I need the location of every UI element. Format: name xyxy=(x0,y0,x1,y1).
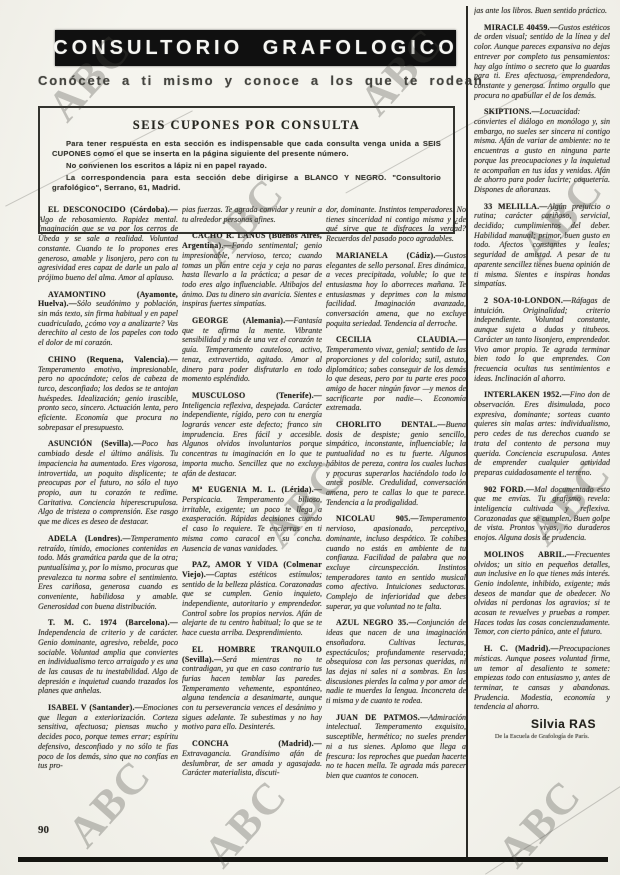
column-divider-rule xyxy=(466,6,468,857)
entry-name: T. M. C. 1974 (Barcelona).— xyxy=(48,618,178,627)
section-subtitle: Conócete a ti mismo y conoce a los que t… xyxy=(38,73,462,88)
coupon-paragraph: La correspondencia para esta sección deb… xyxy=(52,173,441,193)
page-number: 90 xyxy=(38,824,49,836)
entry-name: ASUNCIÓN (Sevilla).— xyxy=(48,439,142,448)
entry-name: CACHO R. LANUS (Buenos Aires, Argentina)… xyxy=(182,231,322,250)
consultation-entry: 2 SOA-10-LONDON.—Ráfagas de intuición. O… xyxy=(474,296,610,383)
entry-name: CONCHA (Madrid).— xyxy=(192,739,322,748)
consultation-entry: CECILIA CLAUDIA.—Temperamento vivaz, gen… xyxy=(326,335,466,413)
entry-name: SKIPTIONS.— xyxy=(484,107,540,116)
consultation-entry: CHORLITO DENTAL.—Buena dosis de despiste… xyxy=(326,420,466,507)
entry-name: 2 SOA-10-LONDON.— xyxy=(484,296,571,305)
entry-name: MARIANELA (Cádiz).— xyxy=(336,251,444,260)
entry-name: INTERLAKEN 1952.— xyxy=(484,390,570,399)
text-column-4: jas ante los libros. Buen sentido prácti… xyxy=(474,6,610,791)
bottom-rule xyxy=(18,857,608,862)
consultation-entry: H. C. (Madrid).—Preocupaciones místicas.… xyxy=(474,644,610,712)
signature-affiliation: De la Escuela de Grafología de París. xyxy=(492,733,592,741)
consultation-entry: ADELA (Londres).—Temperamento retraído, … xyxy=(38,534,178,612)
signature-block: Silvia RASDe la Escuela de Grafología de… xyxy=(474,720,610,740)
consultation-entry: T. M. C. 1974 (Barcelona).—Independencia… xyxy=(38,618,178,696)
entry-name: AYAMONTINO (Ayamonte, Huelva).— xyxy=(38,290,178,309)
consultation-entry: Mª EUGENIA M. L. (Lérida).—Perspicacia. … xyxy=(182,485,322,553)
text-column-3: dor, dominante. Instintos temperadores. … xyxy=(326,205,466,860)
consultation-entry: ISABEL V (Santander).—Emociones que lleg… xyxy=(38,703,178,771)
entry-name: JUAN DE PATMOS.— xyxy=(336,713,428,722)
entry-name: CECILIA CLAUDIA.— xyxy=(336,335,466,344)
consultation-entry: EL HOMBRE TRANQUILO (Sevilla).—Será mien… xyxy=(182,645,322,732)
entry-name: 902 FORD.— xyxy=(484,485,534,494)
consultation-entry: SKIPTIONS.—Locuacidad: conviertes el diá… xyxy=(474,107,610,194)
scanned-magazine-page: CONSULTORIO GRAFOLOGICO Conócete a ti mi… xyxy=(0,0,620,875)
consultation-entry: EL DESCONOCIDO (Córdoba).—Algo de rebosa… xyxy=(38,205,178,283)
signature-name: Silvia RAS xyxy=(474,720,610,730)
coupon-paragraph: Para tener respuesta en esta sección es … xyxy=(52,139,441,159)
consultation-entry: MUSCULOSO (Tenerife).—Inteligencia refle… xyxy=(182,391,322,478)
entry-name: NICOLAU 905.— xyxy=(336,514,419,523)
entry-name: PAZ, AMOR Y VIDA (Colmenar Viejo).— xyxy=(182,560,322,579)
entry-name: GEORGE (Alemania).— xyxy=(192,316,294,325)
coupon-heading: SEIS CUPONES POR CONSULTA xyxy=(52,118,441,133)
consultation-entry: CHINO (Requena, Valencia).—Temperamento … xyxy=(38,355,178,433)
consultation-entry: JUAN DE PATMOS.—Admiración intelectual. … xyxy=(326,713,466,781)
entry-continuation: dor, dominante. Instintos temperadores. … xyxy=(326,205,466,244)
entry-name: H. C. (Madrid).— xyxy=(484,644,559,653)
entry-name: AZUL NEGRO 35.— xyxy=(336,618,417,627)
consultation-entry: GEORGE (Alemania).—Fantasía que te afirm… xyxy=(182,316,322,384)
consultation-entry: PAZ, AMOR Y VIDA (Colmenar Viejo).—Capta… xyxy=(182,560,322,638)
entry-name: EL HOMBRE TRANQUILO (Sevilla).— xyxy=(182,645,322,664)
entry-name: MOLINOS ABRIL.— xyxy=(484,550,575,559)
entry-name: EL DESCONOCIDO (Córdoba).— xyxy=(48,205,178,214)
entry-name: ADELA (Londres).— xyxy=(48,534,131,543)
section-title: CONSULTORIO GRAFOLOGICO xyxy=(53,37,458,60)
entry-name: CHINO (Requena, Valencia).— xyxy=(48,355,178,364)
entry-continuation: pias fuerzas. Te agrada convidar y reuni… xyxy=(182,205,322,224)
entry-name: 33 MELILLA.— xyxy=(484,202,548,211)
entry-name: MIRACLE 40459.— xyxy=(484,23,558,32)
consultation-entry: CACHO R. LANUS (Buenos Aires, Argentina)… xyxy=(182,231,322,309)
coupon-paragraph: No convienen los escritos a lápiz ni en … xyxy=(52,161,441,171)
entry-continuation: jas ante los libros. Buen sentido prácti… xyxy=(474,6,610,16)
consultation-entry: 902 FORD.—Mal documentado esto que me en… xyxy=(474,485,610,543)
consultation-entry: 33 MELILLA.—Algún prejuicio o rutina; ca… xyxy=(474,202,610,289)
consultation-entry: AYAMONTINO (Ayamonte, Huelva).—Sólo seud… xyxy=(38,290,178,348)
consultation-entry: NICOLAU 905.—Temperamento nervioso, apas… xyxy=(326,514,466,611)
consultation-entry: CONCHA (Madrid).—Extravagancia. Grandísi… xyxy=(182,739,322,778)
coupon-paragraphs: Para tener respuesta en esta sección es … xyxy=(52,139,441,193)
entry-name: Mª EUGENIA M. L. (Lérida).— xyxy=(192,485,322,494)
text-column-2: pias fuerzas. Te agrada convidar y reuni… xyxy=(182,205,322,860)
section-title-banner: CONSULTORIO GRAFOLOGICO xyxy=(55,30,456,66)
entry-name: ISABEL V (Santander).— xyxy=(48,703,143,712)
consultation-entry: ASUNCIÓN (Sevilla).—Poco has cambiado de… xyxy=(38,439,178,526)
consultation-entry: MARIANELA (Cádiz).—Gustos elegantes de s… xyxy=(326,251,466,329)
text-column-1: EL DESCONOCIDO (Córdoba).—Algo de rebosa… xyxy=(38,205,178,821)
entry-name: MUSCULOSO (Tenerife).— xyxy=(192,391,322,400)
entry-name: CHORLITO DENTAL.— xyxy=(336,420,446,429)
consultation-entry: MOLINOS ABRIL.—Frecuentes olvidos; un si… xyxy=(474,550,610,637)
consultation-entry: AZUL NEGRO 35.—Conjunción de ideas que n… xyxy=(326,618,466,705)
consultation-entry: INTERLAKEN 1952.—Fino don de observación… xyxy=(474,390,610,477)
consultation-entry: MIRACLE 40459.—Gustos estéticos de orden… xyxy=(474,23,610,101)
